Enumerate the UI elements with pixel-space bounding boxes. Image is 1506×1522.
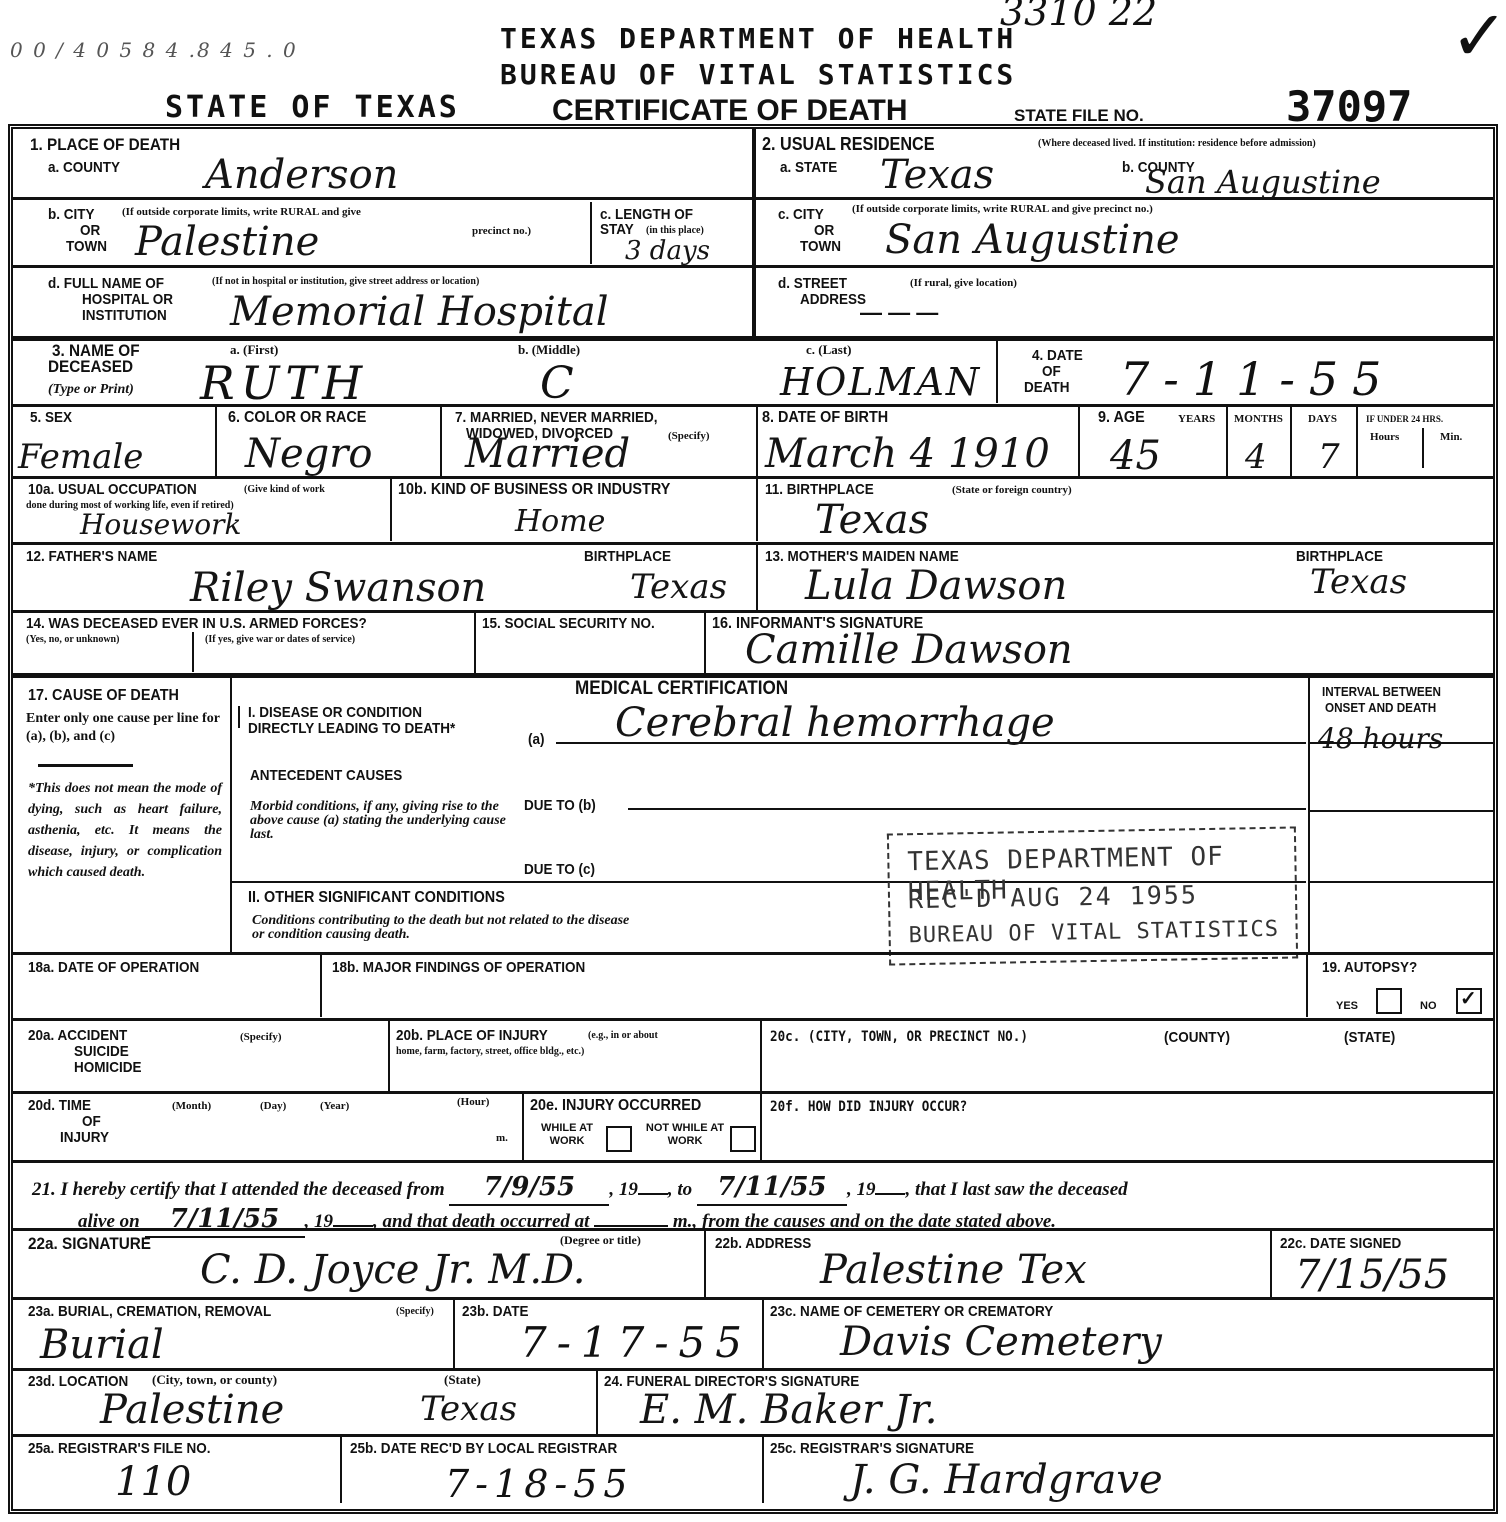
burial-state-label: (State) <box>444 1374 481 1386</box>
degree-label: (Degree or title) <box>560 1234 641 1246</box>
county-value[interactable]: Anderson <box>205 155 398 195</box>
antecedent-label: ANTECEDENT CAUSES <box>250 768 402 783</box>
registrar-signature-label: 25c. REGISTRAR'S SIGNATURE <box>770 1441 974 1456</box>
field-divider <box>756 407 758 477</box>
physician-address-value[interactable]: Palestine Tex <box>820 1250 1087 1290</box>
checkmark-icon: ✓ <box>1450 0 1506 77</box>
deceased-name-label-2: DECEASED <box>48 359 133 374</box>
disease-label: I. DISEASE OR CONDITION <box>248 705 422 720</box>
injury-county-label: (COUNTY) <box>1164 1030 1230 1045</box>
day-label: (Day) <box>260 1100 286 1112</box>
months-label: MONTHS <box>1234 413 1283 425</box>
deceased-name-label: 3. NAME OF <box>52 343 140 358</box>
city-note-precinct: precinct no.) <box>472 225 531 237</box>
morbid-note: Morbid conditions, if any, giving rise t… <box>250 800 518 842</box>
cause-of-death-label: 17. CAUSE OF DEATH <box>28 688 179 703</box>
armed-forces-label: 14. WAS DECEASED EVER IN U.S. ARMED FORC… <box>26 616 367 631</box>
while-at-work-label: WHILE AT WORK <box>532 1122 602 1148</box>
row-divider <box>12 404 1494 407</box>
physician-signature-value[interactable]: C. D. Joyce Jr. M.D. <box>200 1250 585 1290</box>
res-city-note: (If outside corporate limits, write RURA… <box>852 203 1153 215</box>
margin-note-left: 0 0 / 4 0 5 8 4 .8 4 5 . 0 <box>10 38 298 62</box>
short-rule <box>38 764 133 767</box>
interval-value[interactable]: 48 hours <box>1318 722 1443 756</box>
other-conditions-note: Conditions contributing to the death but… <box>252 914 632 942</box>
center-divider <box>752 128 756 338</box>
disease-label-2: DIRECTLY LEADING TO DEATH* <box>248 721 455 736</box>
first-name-value[interactable]: RUTH <box>200 356 368 410</box>
middle-name-label: b. (Middle) <box>518 344 580 356</box>
bureau-line: BUREAU OF VITAL STATISTICS <box>500 58 1016 91</box>
field-divider <box>474 613 476 673</box>
field-divider <box>1078 407 1080 477</box>
cause-a-value[interactable]: Cerebral hemorrhage <box>615 703 1055 743</box>
residence-county-value[interactable]: San Augustine <box>1145 165 1381 199</box>
field-divider <box>340 1437 342 1503</box>
usual-residence-label: 2. USUAL RESIDENCE <box>762 137 935 152</box>
cause-note: Enter only one cause per line for (a), (… <box>26 710 226 746</box>
certificate-title: CERTIFICATE OF DEATH <box>552 94 908 128</box>
cemetery-value[interactable]: Davis Cemetery <box>840 1322 1162 1362</box>
injury-city-label: 20c. (CITY, TOWN, OR PRECINCT NO.) <box>770 1030 1028 1045</box>
attended-from-value[interactable]: 7/9/55 <box>449 1170 609 1206</box>
res-city-value[interactable]: San Augustine <box>885 220 1180 260</box>
received-stamp: TEXAS DEPARTMENT OF HEALTH REC'D AUG 24 … <box>887 826 1298 965</box>
dob-value[interactable]: March 4 1910 <box>765 434 1050 474</box>
row-divider <box>756 197 1494 200</box>
row-divider <box>12 1368 1494 1371</box>
min-label: Min. <box>1440 431 1462 443</box>
burial-date-label: 23b. DATE <box>462 1304 529 1319</box>
father-name-value[interactable]: Riley Swanson <box>190 568 486 608</box>
operation-date-label: 18a. DATE OF OPERATION <box>28 960 199 975</box>
field-divider <box>596 1371 598 1435</box>
row-divider <box>12 265 752 268</box>
autopsy-no-label: NO <box>1420 1000 1437 1012</box>
checkmark-icon: ✓ <box>1460 986 1477 1011</box>
row-divider <box>12 1160 1494 1163</box>
sex-value[interactable]: Female <box>18 440 143 474</box>
city-label: b. CITY <box>48 207 95 222</box>
days-label: DAYS <box>1308 413 1337 425</box>
field-divider <box>238 706 240 728</box>
field-divider <box>453 1300 455 1370</box>
marital-note: (Specify) <box>668 430 710 442</box>
physician-address-label: 22b. ADDRESS <box>715 1236 811 1251</box>
funeral-director-value[interactable]: E. M. Baker Jr. <box>640 1390 937 1430</box>
field-divider <box>1356 407 1358 477</box>
street-label-2: ADDRESS <box>800 292 866 307</box>
section-divider <box>12 336 1494 341</box>
disposition-note: (Specify) <box>396 1306 434 1318</box>
usual-residence-note: (Where deceased lived. If institution: r… <box>1038 138 1316 150</box>
certify-text-c: , to <box>668 1179 692 1200</box>
certify-text-e: , that I last saw the deceased <box>905 1179 1127 1200</box>
field-divider <box>590 202 592 264</box>
armed-forces-note-2: (If yes, give war or dates of service) <box>205 634 355 646</box>
father-birthplace-label: BIRTHPLACE <box>584 549 671 564</box>
row-divider <box>12 197 752 200</box>
field-divider <box>1290 407 1292 477</box>
certify-text-b: , 19 <box>609 1179 638 1200</box>
interval-label-2: ONSET AND DEATH <box>1325 700 1436 715</box>
occupation-note: (Give kind of work <box>244 484 325 496</box>
mother-birthplace-value[interactable]: Texas <box>1310 565 1407 599</box>
hospital-note: (If not in hospital or institution, give… <box>212 276 479 288</box>
burial-location-value[interactable]: Palestine <box>100 1390 284 1430</box>
field-divider <box>756 545 758 611</box>
attended-to-value[interactable]: 7/11/55 <box>697 1170 847 1206</box>
not-while-at-work-checkbox[interactable] <box>730 1126 756 1152</box>
years-label: YEARS <box>1178 413 1215 425</box>
while-at-work-checkbox[interactable] <box>606 1126 632 1152</box>
hospital-value[interactable]: Memorial Hospital <box>230 292 609 332</box>
business-value[interactable]: Home <box>515 505 605 539</box>
sex-label: 5. SEX <box>30 410 72 425</box>
mother-name-label: 13. MOTHER'S MAIDEN NAME <box>765 549 959 564</box>
row-divider <box>12 1091 1494 1094</box>
field-divider <box>1306 955 1308 1017</box>
mother-name-value[interactable]: Lula Dawson <box>805 566 1067 606</box>
field-divider <box>996 341 998 403</box>
hour-label: (Hour) <box>457 1096 489 1108</box>
year-label: (Year) <box>320 1100 349 1112</box>
date-signed-value[interactable]: 7/15/55 <box>1295 1255 1449 1295</box>
certify-text-a: 21. I hereby certify that I attended the… <box>32 1179 445 1200</box>
due-to-b-label: DUE TO (b) <box>524 798 596 813</box>
dod-label-3: DEATH <box>1024 380 1070 395</box>
row-divider <box>12 542 1494 545</box>
registrar-file-label: 25a. REGISTRAR'S FILE NO. <box>28 1441 211 1456</box>
last-name-value[interactable]: HOLMAN <box>780 360 981 404</box>
injury-place-label: 20b. PLACE OF INJURY <box>396 1028 548 1043</box>
autopsy-yes-label: YES <box>1336 1000 1358 1012</box>
res-city-town: TOWN <box>800 239 841 254</box>
physician-signature-label: 22a. SIGNATURE <box>28 1236 151 1251</box>
autopsy-yes-checkbox[interactable] <box>1376 988 1402 1014</box>
field-divider <box>704 613 706 673</box>
stay-label: c. LENGTH OF <box>600 207 693 222</box>
field-divider <box>215 407 217 477</box>
field-divider <box>522 1094 524 1160</box>
interval-line <box>1310 742 1494 744</box>
month-label: (Month) <box>172 1100 211 1112</box>
res-city-or: OR <box>814 223 834 238</box>
dod-label: 4. DATE <box>1032 348 1083 363</box>
race-label: 6. COLOR OR RACE <box>228 410 366 425</box>
hospital-label: d. FULL NAME OF <box>48 276 164 291</box>
street-value[interactable]: — — — <box>860 300 938 326</box>
father-birthplace-value[interactable]: Texas <box>630 570 727 604</box>
city-or-label: OR <box>80 223 100 238</box>
field-divider <box>440 407 442 477</box>
row-divider <box>12 476 1494 479</box>
row-divider <box>756 265 1494 268</box>
last-name-label: c. (Last) <box>806 344 852 356</box>
county-label: a. COUNTY <box>48 160 120 175</box>
injury-place-note-2: home, farm, factory, street, office bldg… <box>396 1046 584 1058</box>
dod-label-2: OF <box>1042 364 1061 379</box>
state-title: STATE OF TEXAS <box>165 90 460 125</box>
interval-line <box>1310 881 1494 883</box>
field-divider <box>390 479 392 541</box>
injury-state-label: (STATE) <box>1344 1030 1395 1045</box>
field-divider <box>1308 678 1310 953</box>
dod-value[interactable]: 7-11-55 <box>1120 352 1395 406</box>
street-label: d. STREET <box>778 276 847 291</box>
autopsy-label: 19. AUTOPSY? <box>1322 960 1417 975</box>
residence-state-value[interactable]: Texas <box>880 155 994 195</box>
date-signed-label: 22c. DATE SIGNED <box>1280 1236 1401 1251</box>
cemetery-label: 23c. NAME OF CEMETERY OR CREMATORY <box>770 1304 1053 1319</box>
certify-line-1: 21. I hereby certify that I attended the… <box>32 1170 1128 1206</box>
birthplace-label: 11. BIRTHPLACE <box>765 482 874 497</box>
injury-place-note: (e.g., in or about <box>588 1030 658 1042</box>
race-value[interactable]: Negro <box>245 434 372 474</box>
deceased-name-label-3: (Type or Print) <box>48 382 134 397</box>
field-divider <box>192 632 194 672</box>
burial-location-note: (City, town, or county) <box>152 1374 277 1386</box>
row-divider <box>12 610 1494 613</box>
injury-type-label-2: SUICIDE <box>74 1044 129 1059</box>
interval-line <box>1310 810 1494 812</box>
field-divider <box>230 678 232 953</box>
place-of-death-label: 1. PLACE OF DEATH <box>30 137 180 152</box>
dob-label: 8. DATE OF BIRTH <box>762 410 888 425</box>
row-divider <box>12 1434 1494 1437</box>
injury-time-label: 20d. TIME <box>28 1098 91 1113</box>
field-divider <box>1226 407 1228 477</box>
hours-label: Hours <box>1370 431 1399 443</box>
injury-occurred-label: 20e. INJURY OCCURRED <box>530 1098 701 1113</box>
field-divider <box>704 1231 706 1297</box>
injury-type-label-3: HOMICIDE <box>74 1060 142 1075</box>
due-to-c-label: DUE TO (c) <box>524 862 595 877</box>
cause-footnote: *This does not mean the mode of dying, s… <box>28 778 222 883</box>
interval-label: INTERVAL BETWEEN <box>1322 684 1441 699</box>
occupation-value[interactable]: Housework <box>80 508 241 542</box>
registrar-date-value[interactable]: 7-18-55 <box>445 1462 634 1506</box>
section-divider <box>12 952 1494 955</box>
field-divider <box>1422 428 1424 468</box>
not-while-at-work-label: NOT WHILE AT WORK <box>640 1122 730 1148</box>
city-note: (If outside corporate limits, write RURA… <box>122 206 361 218</box>
burial-date-value[interactable]: 7-17-55 <box>520 1318 752 1367</box>
injury-type-note: (Specify) <box>240 1031 282 1043</box>
registrar-file-value[interactable]: 110 <box>115 1462 191 1502</box>
residence-state-label: a. STATE <box>780 160 837 175</box>
field-divider <box>762 1437 764 1503</box>
years-value[interactable]: 45 <box>1110 436 1161 476</box>
death-time-blank[interactable] <box>594 1225 668 1227</box>
certify-text-d: , 19 <box>847 1179 876 1200</box>
under-24-label: IF UNDER 24 HRS. <box>1366 413 1443 425</box>
field-divider <box>388 1021 390 1091</box>
medical-cert-header: MEDICAL CERTIFICATION <box>575 681 788 696</box>
field-divider <box>762 1300 764 1370</box>
field-divider <box>320 955 322 1017</box>
marital-label: 7. MARRIED, NEVER MARRIED, <box>455 410 658 425</box>
ssn-label: 15. SOCIAL SECURITY NO. <box>482 616 655 631</box>
occupation-label: 10a. USUAL OCCUPATION <box>28 482 197 497</box>
row-divider <box>12 1018 1494 1021</box>
burial-state-value[interactable]: Texas <box>420 1392 517 1426</box>
injury-time-label-3: INJURY <box>60 1130 109 1145</box>
age-label: 9. AGE <box>1098 410 1145 425</box>
registrar-date-label: 25b. DATE REC'D BY LOCAL REGISTRAR <box>350 1441 617 1456</box>
informant-value[interactable]: Camille Dawson <box>745 630 1073 670</box>
stamp-line-3: BUREAU OF VITAL STATISTICS <box>908 917 1279 948</box>
city-town-label: TOWN <box>66 239 107 254</box>
business-label: 10b. KIND OF BUSINESS OR INDUSTRY <box>398 482 670 497</box>
days-value[interactable]: 7 <box>1318 440 1340 474</box>
birthplace-value[interactable]: Texas <box>815 500 929 540</box>
city-value[interactable]: Palestine <box>135 222 319 262</box>
father-name-label: 12. FATHER'S NAME <box>26 549 157 564</box>
hospital-label-3: INSTITUTION <box>82 308 167 323</box>
state-file-label: STATE FILE NO. <box>1014 106 1144 126</box>
armed-forces-note: (Yes, no, or unknown) <box>26 634 119 646</box>
cause-b-line <box>628 808 1306 810</box>
middle-name-value[interactable]: C <box>540 358 574 409</box>
operation-findings-label: 18b. MAJOR FINDINGS OF OPERATION <box>332 960 585 975</box>
margin-note-top: 3310 22 <box>1000 0 1157 34</box>
res-city-label: c. CITY <box>778 207 824 222</box>
marital-value[interactable]: Married <box>465 434 630 474</box>
injury-type-label: 20a. ACCIDENT <box>28 1028 127 1043</box>
injury-time-label-2: OF <box>82 1114 101 1129</box>
autopsy-no-checkbox[interactable]: ✓ <box>1456 988 1482 1014</box>
m-label: m. <box>496 1132 508 1144</box>
stamp-line-2: REC'D AUG 24 1955 <box>908 880 1198 914</box>
field-divider <box>1270 1231 1272 1297</box>
stay-value[interactable]: 3 days <box>625 234 710 268</box>
field-divider <box>756 479 758 541</box>
birthplace-note: (State or foreign country) <box>952 484 1072 496</box>
disposition-value[interactable]: Burial <box>40 1325 164 1365</box>
how-injury-label: 20f. HOW DID INJURY OCCUR? <box>770 1100 967 1115</box>
alive-on-value[interactable]: 7/11/55 <box>145 1202 305 1238</box>
months-value[interactable]: 4 <box>1245 440 1267 474</box>
hospital-label-2: HOSPITAL OR <box>82 292 173 307</box>
other-conditions-label: II. OTHER SIGNIFICANT CONDITIONS <box>248 890 505 905</box>
first-name-label: a. (First) <box>230 344 278 356</box>
street-note: (If rural, give location) <box>910 277 1017 289</box>
disposition-label: 23a. BURIAL, CREMATION, REMOVAL <box>28 1304 271 1319</box>
department-line: TEXAS DEPARTMENT OF HEALTH <box>500 22 1016 55</box>
row-divider <box>12 1297 1494 1300</box>
cause-a-label: (a) <box>528 732 545 747</box>
registrar-signature-value[interactable]: J. G. Hardgrave <box>850 1460 1163 1500</box>
